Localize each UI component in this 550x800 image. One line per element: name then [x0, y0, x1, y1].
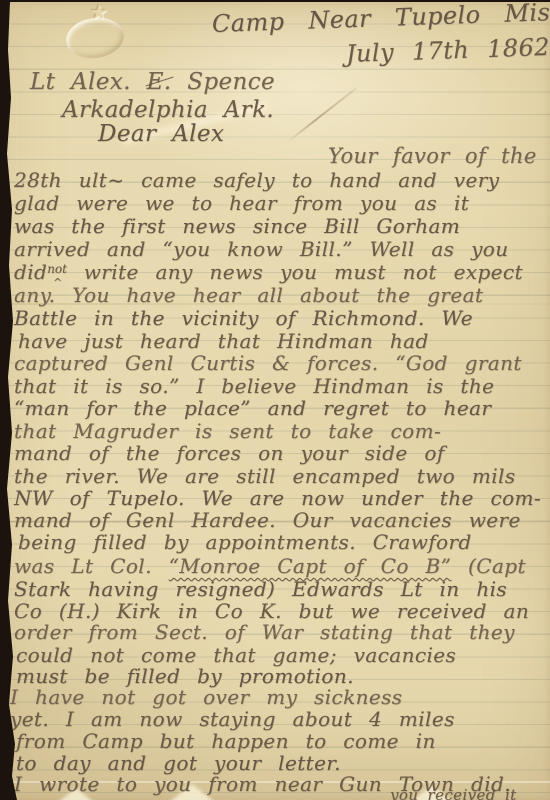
paper-crease: [287, 87, 358, 143]
letter-line: captured Genl Curtis & forces. “God gran…: [14, 353, 522, 374]
letter-line: any. You have hear all about the great: [14, 285, 483, 306]
letter-line: NW of Tupelo. We are now under the com-: [14, 488, 541, 509]
letter-line: that it is so.” I believe Hindman is the: [14, 376, 494, 397]
scanned-letter-image: ★ Camp Near Tupelo Miss.July 17th 1862.L…: [0, 0, 550, 800]
line-text: was Lt Col.: [14, 554, 169, 578]
letter-line: Battle in the vicinity of Richmond. We: [14, 308, 473, 329]
letter-line: to day and got your letter.: [16, 753, 341, 774]
letter-line: Lt Alex. E. Spence: [30, 70, 275, 94]
letter-line: didnot write any news you must not expec…: [14, 262, 523, 283]
seal-crescent-emboss: [63, 14, 126, 62]
struck-letter: E.: [147, 69, 172, 95]
line-text: Lt Alex.: [30, 69, 147, 95]
letter-line: could not come that game; vacancies: [16, 645, 456, 666]
letter-line: I have not got over my sickness: [10, 687, 402, 708]
letter-line: was the first news since Bill Gorham: [14, 216, 460, 237]
letter-line: mand of Genl Hardee. Our vacancies were: [14, 510, 521, 531]
inserted-word: not: [47, 262, 67, 276]
letter-line: order from Sect. of War stating that the…: [14, 622, 515, 643]
letter-line: you received it: [390, 788, 517, 800]
line-text: write any news you must not expect: [67, 260, 523, 284]
letter-line: have just heard that Hindman had: [18, 331, 429, 352]
letter-line: Camp Near Tupelo Miss.: [212, 0, 550, 37]
letter-line: 28th ult~ came safely to hand and very: [14, 170, 499, 191]
letter-line: was Lt Col. “Monroe Capt of Co B” (Capt: [14, 556, 526, 577]
letter-line: the river. We are still encamped two mil…: [14, 466, 516, 487]
letter-line: from Camp but happen to come in: [16, 731, 436, 752]
letter-line: mand of the forces on your side of: [14, 443, 445, 464]
underlined-phrase: “Monroe Capt of Co B”: [169, 554, 452, 578]
letter-line: Dear Alex: [98, 122, 224, 146]
letter-page: ★ Camp Near Tupelo Miss.July 17th 1862.L…: [0, 2, 550, 800]
letter-line: “man for the place” and regret to hear: [14, 398, 491, 419]
embossed-seal: ★: [62, 4, 132, 62]
letter-line: yet. I am now staying about 4 miles: [10, 709, 455, 730]
line-text: Spence: [172, 69, 276, 95]
letter-line: Stark having resigned) Edwards Lt in his: [14, 579, 507, 600]
line-text: did: [14, 260, 47, 284]
letter-line: that Magruder is sent to take com-: [14, 421, 441, 442]
letter-line: must be filled by promotion.: [16, 666, 354, 687]
letter-line: Co (H.) Kirk in Co K. but we received an: [14, 601, 529, 622]
line-text: (Capt: [451, 554, 526, 578]
letter-line: arrived and “you know Bill.” Well as you: [14, 239, 509, 260]
letter-line: Your favor of the: [328, 145, 537, 167]
letter-line: glad were we to hear from you as it: [14, 193, 469, 214]
letter-line: July 17th 1862.: [346, 35, 550, 68]
letter-line: Arkadelphia Ark.: [62, 98, 274, 122]
letter-line: being filled by appointments. Crawford: [18, 532, 472, 553]
